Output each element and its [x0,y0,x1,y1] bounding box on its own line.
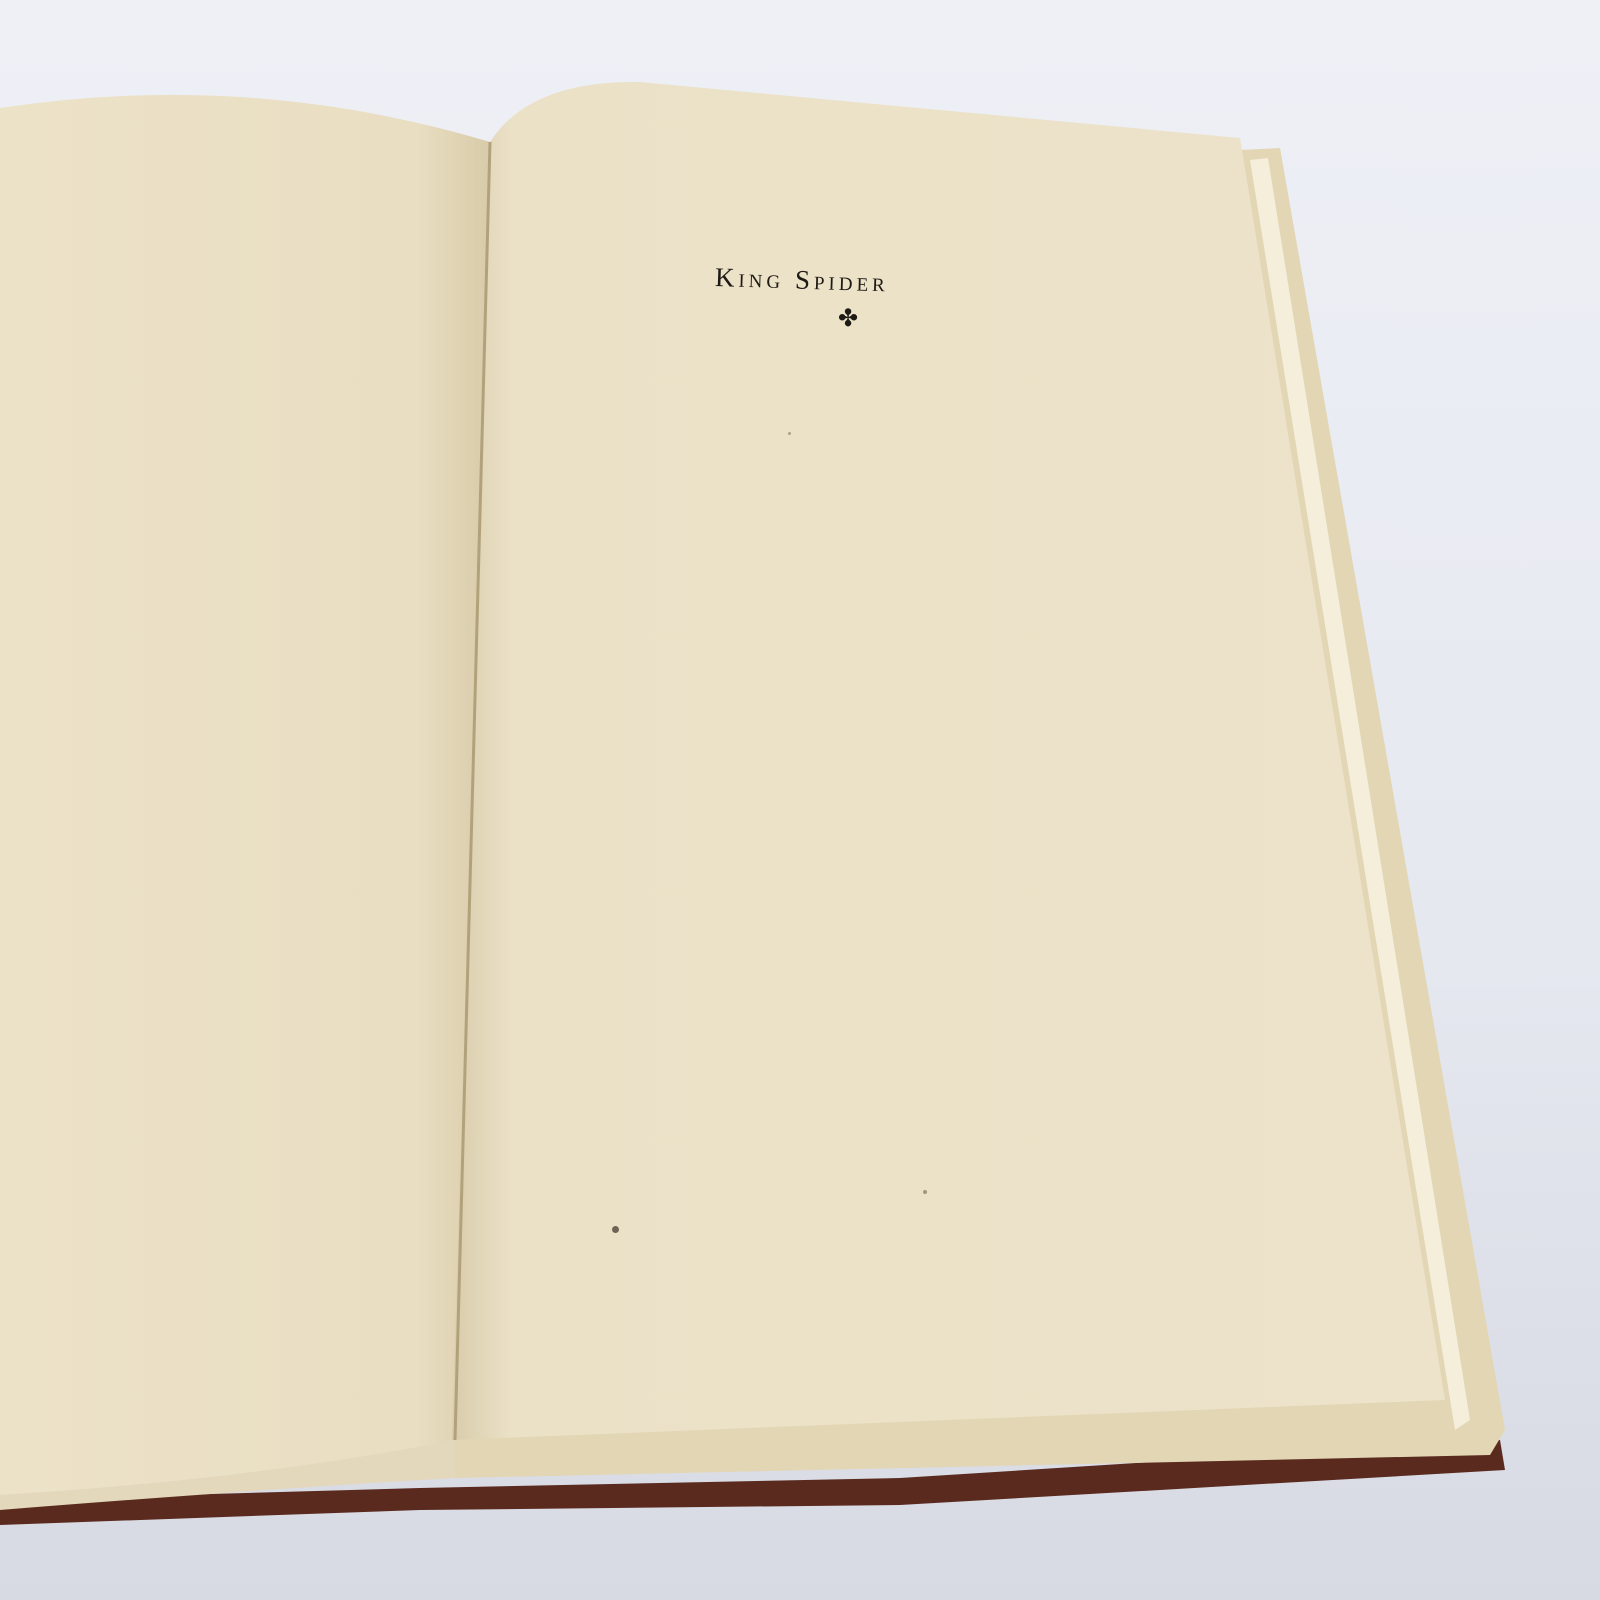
paper-speck [923,1190,927,1194]
open-book [0,0,1600,1600]
paper-speck [612,1226,619,1233]
four-leaf-clover-ornament-icon: ✤ [838,307,858,331]
paper-speck [788,432,791,435]
left-page [0,95,490,1495]
book-title: King Spider [715,262,890,298]
photo-scene: King Spider ✤ [0,0,1600,1600]
